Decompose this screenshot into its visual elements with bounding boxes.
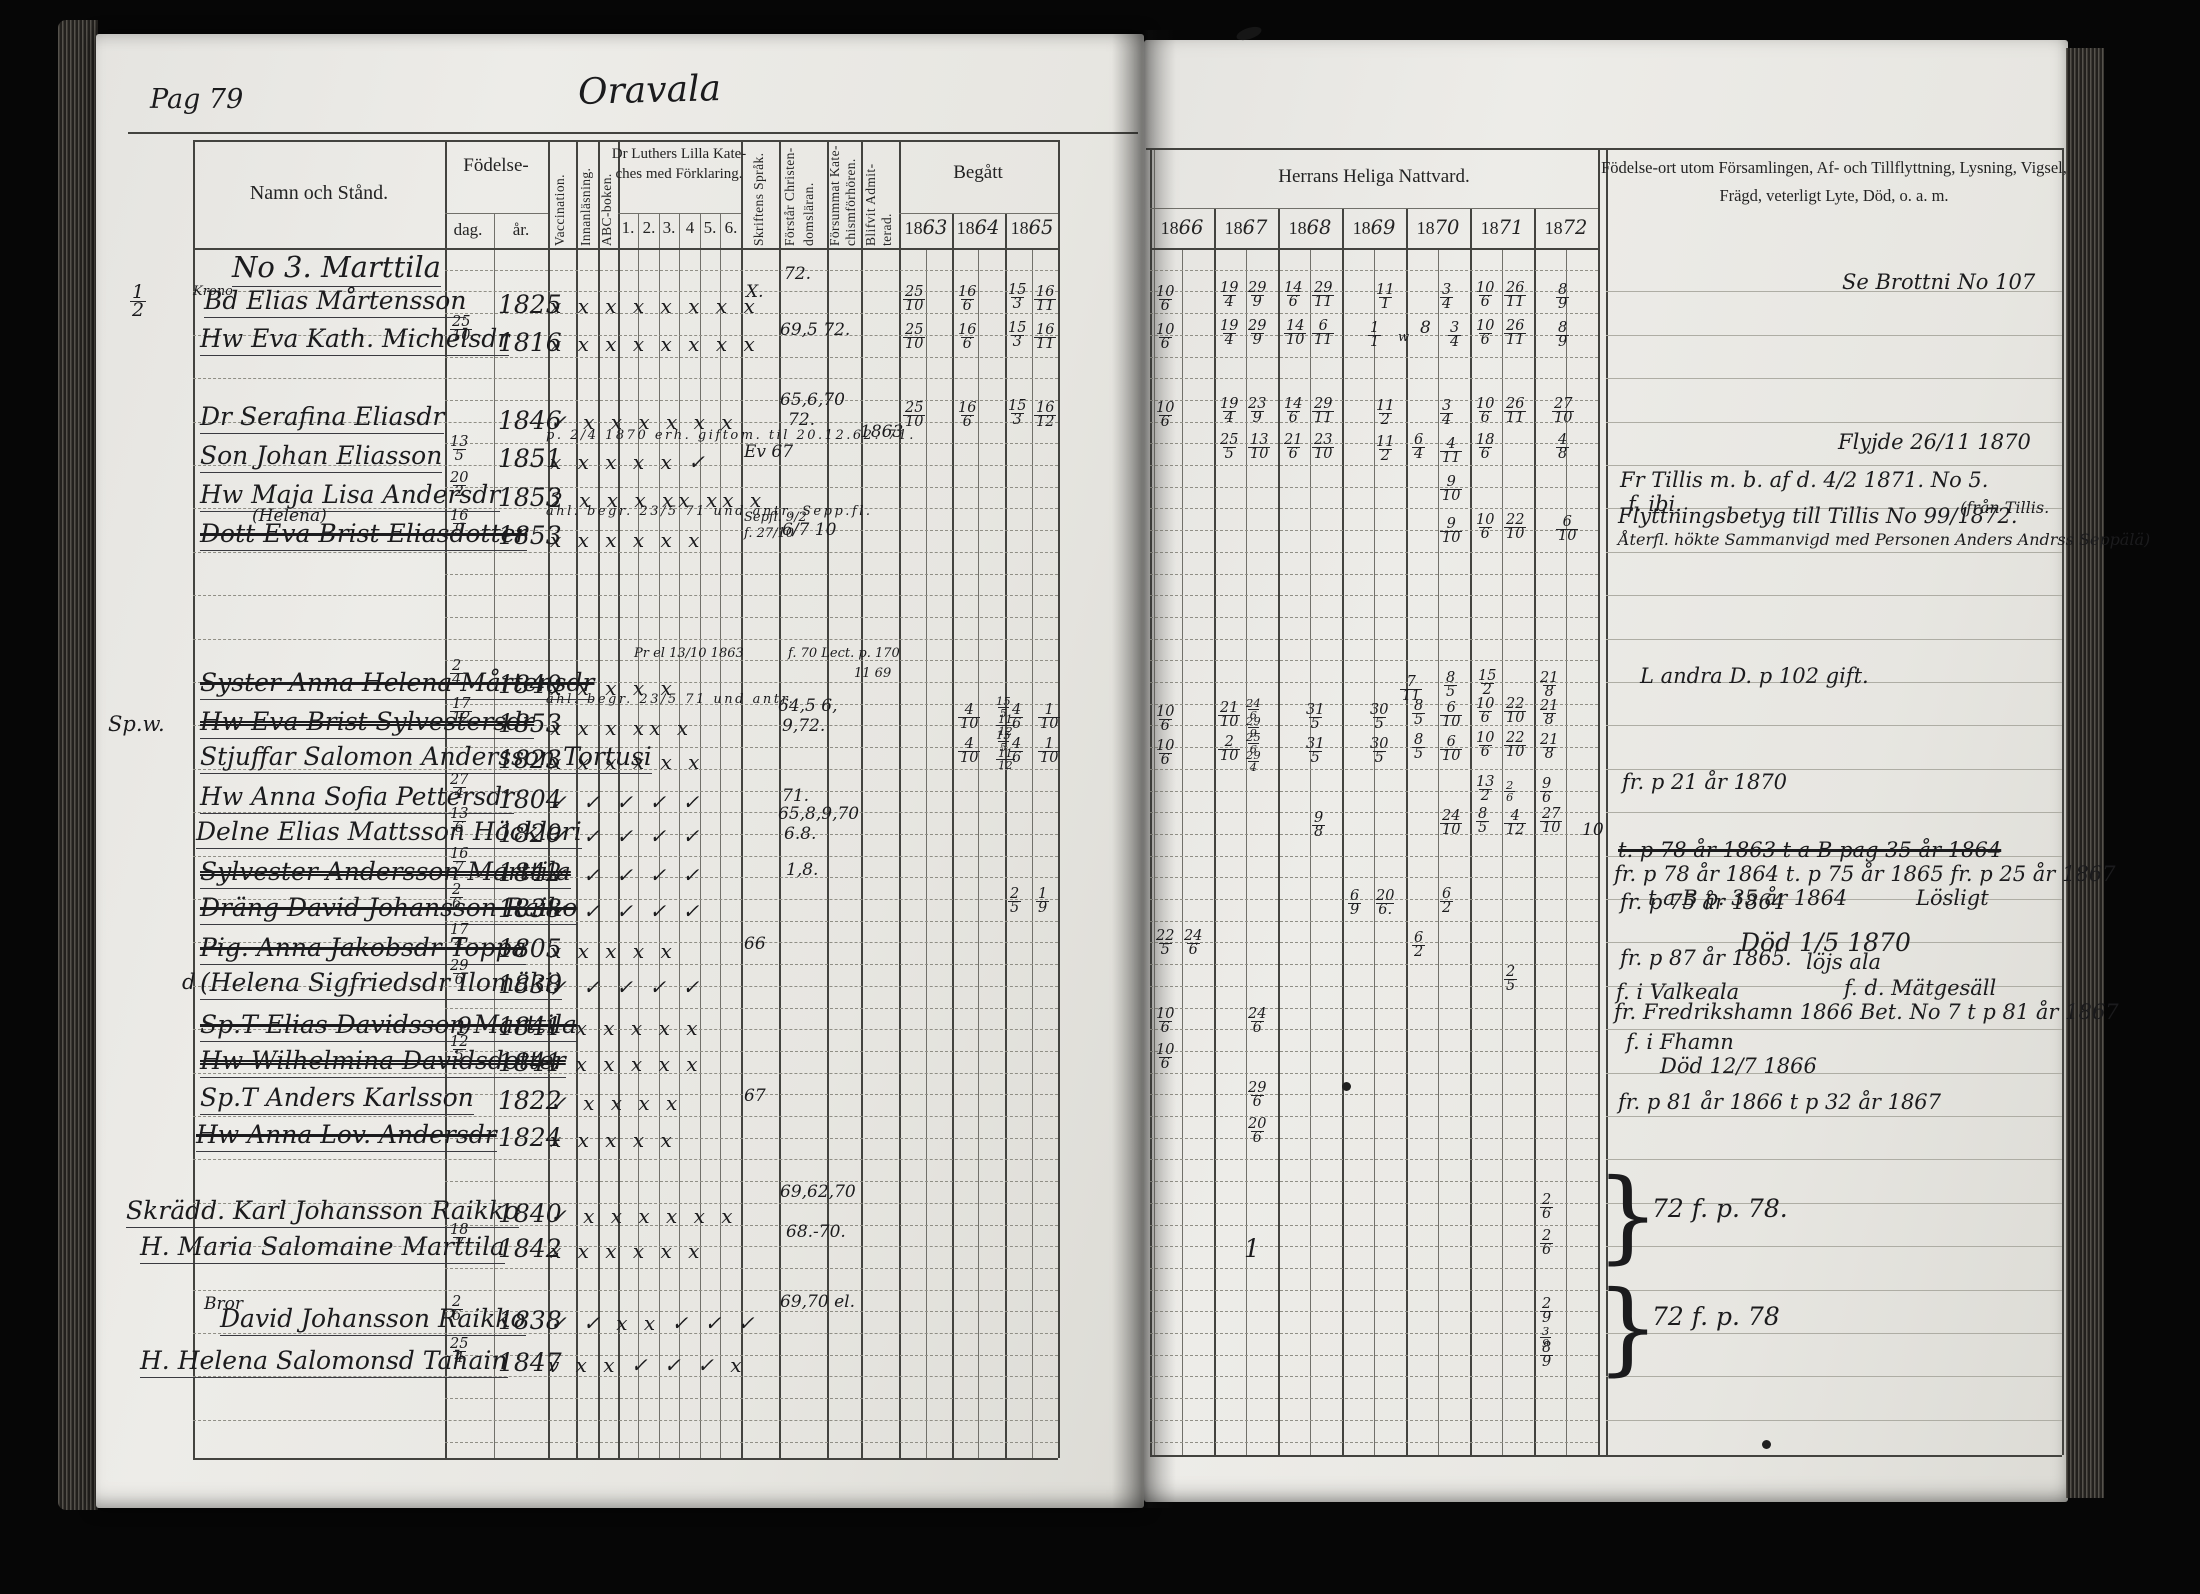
ruled-line [445, 1268, 1058, 1269]
col-header-missed: Försummat Kate- [827, 146, 843, 246]
exam-marks: ✓ ✓ ✓ ✓ ✓ [550, 790, 704, 814]
ruled-line [1150, 552, 1598, 553]
date-entry: 112 [1376, 436, 1394, 463]
ruled-line [1606, 1420, 2062, 1421]
ruled-line [1150, 313, 1598, 314]
exam-marks: ✓ x x x x x x [550, 1204, 738, 1228]
ruled-line [193, 378, 1058, 379]
handwriting: Sp.w. [108, 712, 165, 736]
handwriting: 69,5 72. [780, 320, 850, 340]
ruled-line [193, 1116, 1058, 1117]
exam-marks: x x x x x x [550, 1239, 704, 1263]
date-entry: 2510 [450, 316, 472, 343]
date-entry: 26 [1540, 1230, 1553, 1257]
ruled-line [1150, 1420, 1598, 1421]
date-entry: 48 [1556, 434, 1569, 461]
date-entry: 106 [1156, 740, 1174, 767]
page-title: Oravala [577, 68, 721, 113]
ruled-line [193, 1290, 1058, 1291]
date-entry: 1712 [450, 698, 472, 725]
ruled-line [1606, 1290, 2062, 1291]
ruled-line [1150, 1442, 1598, 1443]
ruled-line [445, 1398, 1058, 1399]
ruled-line [1150, 769, 1598, 770]
handwriting: 6/7 10 [782, 520, 836, 540]
exam-marks: x x x x x x [550, 528, 704, 552]
date-entry: 610 [1440, 736, 1462, 763]
col-header-reading: Innanläsning. [578, 146, 594, 246]
ruled-line [1606, 1376, 2062, 1377]
date-entry: 210 [1218, 736, 1240, 763]
ruled-line [1150, 378, 1598, 379]
ruled-line [1150, 465, 1598, 466]
date-entry: 153 [1008, 322, 1026, 349]
ruled-line [1150, 1073, 1598, 1074]
date-entry: 254 [450, 1338, 468, 1365]
margin-note: 72 f. p. 78 [1652, 1302, 1780, 1331]
date-entry: 246 [1248, 1008, 1266, 1035]
date-entry: 98 [1312, 812, 1325, 839]
ruled-line [1150, 1333, 1598, 1334]
ruled-line [1150, 791, 1598, 792]
margin-note: fr. p 75 år 1864 [1620, 890, 1785, 914]
date-entry: 106 [1476, 320, 1494, 347]
ruled-line [1150, 443, 1598, 444]
table-rule-horizontal [1146, 148, 2062, 150]
ruled-line [1606, 422, 2062, 423]
ruled-line [1150, 1203, 1598, 1204]
date-entry: 110 [1038, 704, 1060, 731]
person-name: Sp.T Anders Karlsson [200, 1083, 474, 1115]
date-entry: 305 [1370, 704, 1388, 731]
ruled-line [1150, 660, 1598, 661]
handwriting: 1 [1244, 1234, 1260, 1263]
date-entry: 1611 [1034, 324, 1056, 351]
date-entry: 218 [1540, 734, 1558, 761]
ruled-line [1606, 1333, 2062, 1334]
exam-marks: v x x x x x [548, 1052, 702, 1076]
exam-marks: x x x x x [550, 1128, 677, 1152]
col-header-missed: chismförhören. [843, 146, 859, 246]
date-entry: 96 [1540, 778, 1553, 805]
date-entry: 85 [1476, 808, 1489, 835]
exam-marks: ✓ ✓ ✓ ✓ ✓ [550, 975, 704, 999]
date-entry: 26 [450, 1296, 463, 1323]
exam-marks: ✓ ✓ ✓ ✓ ✓ [550, 863, 704, 887]
col-header-catechism-number: 2. [643, 218, 656, 238]
date-entry: 167 [450, 848, 468, 875]
col-header-script: Skriftens Språk. [751, 146, 767, 246]
date-entry: 106 [1156, 324, 1174, 351]
date-entry: 186 [1476, 434, 1494, 461]
col-header-catechism: ches med Förklaring. [615, 166, 742, 183]
ruled-line [1606, 725, 2062, 726]
date-entry: 255 [1220, 434, 1238, 461]
ruled-line [1150, 986, 1598, 987]
date-entry: 34 [1440, 400, 1453, 427]
ruled-line [1606, 1116, 2062, 1117]
date-entry: 135 [450, 436, 468, 463]
page-number: Pag 79 [150, 84, 243, 115]
ink-speck [1342, 1082, 1351, 1091]
table-rule-horizontal [618, 213, 741, 214]
margin-note: Återfl. hökte Sammanvigd med Personen An… [1618, 530, 2150, 549]
date-entry: 26 [1540, 1194, 1553, 1221]
date-entry: 111 [1376, 284, 1394, 311]
table-rule-vertical [1058, 140, 1060, 1458]
col-header-catechism-number: 6. [725, 218, 738, 238]
date-entry: 153 [1008, 400, 1026, 427]
ruled-line [1150, 1398, 1598, 1399]
person-name: Bd Elias Mårtensson [204, 286, 466, 318]
date-entry: 2510 [903, 402, 925, 429]
table-rule-horizontal [899, 213, 1058, 214]
ruled-line [1150, 422, 1598, 423]
date-entry: 106 [1156, 1044, 1174, 1071]
exam-marks: ✓ ✓ ✓ ✓ ✓ [550, 824, 704, 848]
person-name: Hw Eva Brist Sylvestersdr [200, 707, 534, 739]
date-entry: 132 [1476, 776, 1494, 803]
date-entry: 166 [958, 286, 976, 313]
date-entry: 152 [1478, 670, 1496, 697]
table-rule-vertical [978, 248, 979, 1458]
year-label-communion: 1866 [1161, 216, 1204, 239]
table-rule-horizontal [128, 132, 1138, 134]
ruled-line [1150, 1159, 1598, 1160]
margin-note: fr. p 87 år 1865. [1620, 946, 1792, 970]
ruled-line [1150, 595, 1598, 596]
margin-number: 12 [130, 284, 146, 319]
exam-marks: v x x x x x [548, 1016, 702, 1040]
date-entry: 206. [1376, 890, 1394, 917]
ruled-line [193, 552, 1058, 553]
date-entry: 136 [450, 808, 468, 835]
col-header-understands: Förstår Christen- [782, 146, 798, 246]
handwriting: 64,5 6, [778, 696, 837, 716]
handwriting: 67 [744, 1086, 766, 1106]
date-entry: 85 [1444, 672, 1457, 699]
exam-marks: x x x x x [550, 939, 677, 963]
handwriting: p. 2/4 1870 erh. giftom. til 20.12.62. 7… [546, 428, 916, 443]
handwriting: 65,8,9,70 [778, 804, 859, 824]
margin-note: Flyttningsbetyg till Tillis No 99/1872. [1618, 504, 2018, 528]
col-header-birth: Födelse- [463, 155, 528, 177]
col-header-abc: ABC-boken. [599, 146, 615, 246]
date-entry: 34 [1448, 322, 1461, 349]
date-entry: 1410 [1284, 320, 1306, 347]
date-entry: 85 [1412, 700, 1425, 727]
date-entry: 62 [1440, 888, 1453, 915]
ruled-line [1150, 1138, 1598, 1139]
margin-note: fr. p 21 år 1870 [1622, 770, 1787, 794]
date-entry: 106 [1156, 286, 1174, 313]
exam-marks: x x x xx x [550, 716, 693, 740]
table-rule-horizontal [1150, 1455, 2062, 1457]
date-entry: 1612 [1034, 402, 1056, 429]
exam-marks: ✓ ✓ x x ✓ ✓ ✓ [550, 1311, 760, 1335]
ruled-line [1150, 1246, 1598, 1247]
date-entry: 19 [1036, 888, 1049, 915]
handwriting: 69,70 el. [780, 1292, 855, 1312]
date-entry: 218 [1540, 700, 1558, 727]
table-rule-vertical [861, 140, 863, 1458]
ruled-line [1606, 378, 2062, 379]
table-rule-vertical [926, 248, 927, 1458]
date-entry: 2210 [1504, 698, 1526, 725]
exam-marks: x x x x x x x x [550, 294, 760, 318]
person-name: Hw Anna Lov. Andersdr [196, 1120, 497, 1152]
handwriting: Pr el 13/10 1863 [634, 646, 744, 661]
date-entry: 410 [958, 704, 980, 731]
date-entry: 146 [1284, 282, 1302, 309]
stage: Pag 79 Oravala Namn och Stånd.Födelse-da… [0, 0, 2200, 1594]
date-entry: 106 [1476, 282, 1494, 309]
year-label-communion: 1872 [1545, 216, 1588, 239]
ruled-line [1150, 812, 1598, 813]
ruled-line [1606, 335, 2062, 336]
ruled-line [1606, 552, 2062, 553]
date-entry: 29 [1540, 1298, 1553, 1325]
date-entry: 106 [1156, 706, 1174, 733]
year-label-communion: 1869 [1353, 216, 1396, 239]
col-header-begatt: Begått [953, 162, 1003, 184]
date-entry: 299 [1248, 282, 1266, 309]
date-entry: 174 [450, 924, 468, 951]
date-entry: 106 [1476, 398, 1494, 425]
table-rule-vertical [899, 140, 901, 1458]
ruled-line [1150, 508, 1598, 509]
year-label-communion: 1870 [1417, 216, 1460, 239]
date-entry: 239 [1248, 398, 1266, 425]
date-entry: 46 [1010, 704, 1023, 731]
date-entry: 85 [1412, 734, 1425, 761]
col-header-notes: Frägd, veterligt Lyte, Död, o. a. m. [1719, 186, 1948, 206]
col-header-understands: domsläran. [801, 146, 817, 246]
date-entry: 194 [1220, 320, 1238, 347]
ruled-line [1150, 1116, 1598, 1117]
exam-marks: ✓ ✓ ✓ ✓ ✓ [550, 899, 704, 923]
ruled-line [445, 1008, 1058, 1009]
date-entry: 194 [1220, 282, 1238, 309]
date-entry: 216 [1284, 434, 1302, 461]
handwriting: 72. [788, 410, 815, 430]
date-entry: 2611 [1504, 320, 1526, 347]
ruled-line [1150, 1008, 1598, 1009]
date-entry: 305 [1370, 738, 1388, 765]
date-entry: 611 [1312, 320, 1334, 347]
person-name: Dott Eva Brist Eliasdotter [200, 519, 527, 551]
ruled-line [445, 660, 1058, 661]
margin-note: L andra D. p 102 gift. [1640, 664, 1869, 688]
col-header-vaccination: Vaccination. [552, 146, 568, 246]
date-entry: 25 [1504, 966, 1517, 993]
date-entry: 106 [1476, 698, 1494, 725]
table-rule-vertical [1502, 248, 1503, 1455]
ruled-line [1150, 1225, 1598, 1226]
date-entry: 89 [1556, 322, 1569, 349]
date-entry: 410 [958, 738, 980, 765]
date-entry: 106 [1476, 514, 1494, 541]
ruled-line [1606, 1246, 2062, 1247]
date-entry: 26 [450, 884, 463, 911]
grouping-brace: } [1596, 1172, 1660, 1260]
person-name: Dr Serafina Eliasdr [200, 402, 444, 434]
table-rule-vertical [1566, 248, 1567, 1455]
year-label-begatt: 1865 [1011, 216, 1054, 239]
handwriting: w [1398, 330, 1409, 345]
person-name: Son Johan Eliasson [200, 441, 442, 473]
ruled-line [1150, 964, 1598, 965]
date-entry: 146 [1284, 398, 1302, 425]
margin-note: Se Brottni No 107 [1842, 270, 2035, 294]
date-entry: 11 [1368, 322, 1381, 349]
handwriting: 68.-70. [786, 1222, 846, 1242]
date-entry: 2911 [1312, 282, 1334, 309]
date-entry: 2710 [1540, 808, 1562, 835]
table-rule-vertical [1032, 248, 1033, 1458]
margin-note: fr. Fredrikshamn 1866 Bet. No 7 t p 81 å… [1614, 1000, 2119, 1024]
date-entry: 2510 [903, 286, 925, 313]
date-entry: 412 [1504, 810, 1526, 837]
date-entry: 218 [1540, 672, 1558, 699]
book-left-edge [58, 20, 98, 1510]
col-header-catechism-number: 1. [622, 218, 635, 238]
date-entry: 274 [450, 774, 468, 801]
col-header-birth-year: år. [513, 220, 530, 240]
col-header-notes: Födelse-ort utom Församlingen, Af- och T… [1601, 158, 2067, 178]
exam-marks: ✓ x x x x [550, 1091, 682, 1115]
date-entry: 62 [1412, 932, 1425, 959]
grouping-brace: } [1596, 1284, 1660, 1372]
margin-note: (från Tillis. [1960, 498, 2049, 517]
date-entry: 1611 [1034, 286, 1056, 313]
ruled-line [1150, 639, 1598, 640]
margin-note: Död 12/7 1866 [1660, 1054, 1817, 1078]
date-entry: 225 [1156, 930, 1174, 957]
handwriting: 1,8. [786, 860, 818, 880]
ruled-line [193, 595, 1058, 596]
ruled-line [193, 1420, 1058, 1421]
ruled-line [1150, 617, 1598, 618]
table-rule-horizontal [1150, 208, 1598, 209]
ruled-line [1150, 291, 1598, 292]
date-entry: 112 [1376, 400, 1394, 427]
date-entry: 206 [1248, 1118, 1266, 1145]
ruled-line [1150, 1181, 1598, 1182]
date-entry: 34 [1440, 284, 1453, 311]
ruled-line [1150, 530, 1598, 531]
table-rule-horizontal [193, 140, 1058, 142]
date-entry: 89 [1556, 284, 1569, 311]
col-header-catechism: Dr Luthers Lilla Kate- [612, 146, 747, 163]
ruled-line [1150, 270, 1598, 271]
date-entry: 610 [1440, 702, 1462, 729]
ruled-line [1150, 899, 1598, 900]
table-rule-vertical [1310, 248, 1311, 1455]
col-header-name: Namn och Stånd. [250, 182, 388, 205]
ruled-line [445, 964, 1058, 965]
date-entry: 1310 [1248, 434, 1270, 461]
margin-note: löjs ala [1806, 950, 1881, 974]
margin-note: t. p 78 år 1863 t a B pag 35 år 1864 [1618, 838, 2001, 862]
date-entry: 194 [1220, 398, 1238, 425]
ruled-line [1150, 682, 1598, 683]
handwriting: 69,62,70 [780, 1182, 856, 1202]
date-entry: 315 [1306, 704, 1324, 731]
col-header-admitted: Blifvit Admit- [863, 146, 879, 246]
date-entry: 910 [1440, 476, 1462, 503]
date-entry: 166 [958, 324, 976, 351]
date-entry: 2210 [1504, 732, 1526, 759]
margin-note: fr. p 78 år 1864 t. p 75 år 1865 fr. p 2… [1614, 862, 2115, 886]
ruled-line [445, 1442, 1058, 1443]
date-entry: 125 [450, 1036, 468, 1063]
table-rule-horizontal [1150, 248, 1598, 250]
ruled-line [1150, 357, 1598, 358]
col-header-communion: Herrans Heliga Nattvard. [1278, 166, 1470, 188]
handwriting: 9,72. [782, 716, 825, 736]
date-entry: 296 [450, 960, 468, 987]
person-name: Pig. Anna Jakobsdr Toppa [200, 933, 526, 965]
date-entry: 2611 [1504, 398, 1526, 425]
margin-note: Fr Tillis m. b. af d. 4/2 1871. No 5. [1620, 468, 1988, 492]
date-entry: 2611 [1504, 282, 1526, 309]
ruled-line [445, 574, 1058, 575]
ruled-line [1150, 1376, 1598, 1377]
margin-note: Flyjde 26/11 1870 [1838, 430, 2031, 454]
table-rule-vertical [2062, 148, 2064, 1455]
date-entry: 64 [1412, 434, 1425, 461]
margin-note: f. d. Mätgesäll [1844, 976, 1996, 1000]
table-rule-vertical [1246, 248, 1247, 1455]
date-entry: 2110 [1218, 702, 1240, 729]
date-entry: 296 [1248, 1082, 1266, 1109]
ruled-line [1150, 942, 1598, 943]
ruled-line [1150, 1094, 1598, 1095]
exam-marks: x x x x x ✓ [550, 450, 710, 474]
date-entry: 2710 [1552, 398, 1574, 425]
year-label-begatt: 1863 [905, 216, 948, 239]
ink-speck [1762, 1440, 1771, 1449]
year-label-communion: 1868 [1289, 216, 1332, 239]
ruled-line [193, 639, 1058, 640]
ruled-line [1606, 1159, 2062, 1160]
date-entry: 246 [1184, 930, 1202, 957]
date-entry: 106 [1156, 402, 1174, 429]
date-entry: 315 [1306, 738, 1324, 765]
ruled-line [1150, 574, 1598, 575]
date-entry: 294 [1246, 750, 1261, 772]
margin-note: 72 f. p. 78. [1652, 1194, 1788, 1223]
table-rule-horizontal [445, 213, 548, 214]
ruled-line [1606, 812, 2062, 813]
col-header-birth-day: dag. [454, 220, 483, 240]
year-label-communion: 1867 [1225, 216, 1268, 239]
ruled-line [1150, 1290, 1598, 1291]
date-entry: 2210 [1504, 514, 1526, 541]
handwriting: 66 [744, 934, 766, 954]
ruled-line [1150, 400, 1598, 401]
table-rule-vertical [1150, 148, 1152, 1455]
handwriting: d [182, 970, 195, 994]
ruled-line [445, 270, 1058, 271]
handwriting: ähl. begr. 23/5 71 und antr. [546, 692, 795, 707]
handwriting: 8 [1420, 318, 1431, 338]
margin-note: f. i Fhamn [1626, 1030, 1734, 1054]
ruled-line [1606, 465, 2062, 466]
date-entry: 2310 [1312, 434, 1334, 461]
ruled-line [445, 1181, 1058, 1182]
